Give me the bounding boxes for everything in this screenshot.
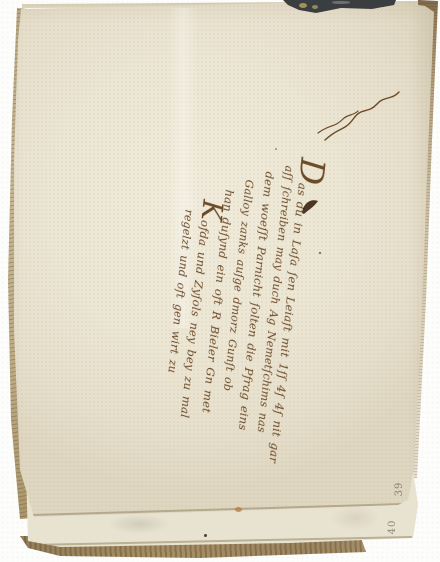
tear-fleck — [299, 3, 307, 8]
manuscript-photo: { "folio": { "current_page_number": "39"… — [0, 0, 440, 562]
rust-stain — [235, 507, 242, 512]
dark-speck-stain — [204, 534, 207, 537]
tear-fleck — [332, 1, 350, 4]
tear-fleck — [312, 5, 318, 9]
folio-number-39: 39 — [393, 476, 407, 502]
gray-smudge-stain — [330, 505, 380, 531]
folio-number-40: 40 — [386, 514, 400, 540]
gray-smudge-stain — [108, 514, 170, 534]
